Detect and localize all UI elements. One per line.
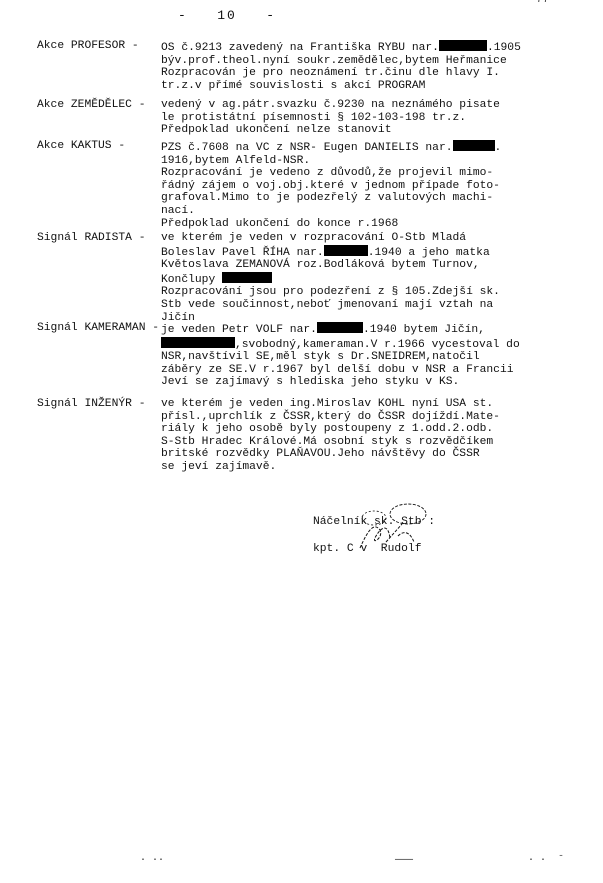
page-number: - 10 - (178, 8, 276, 23)
entry-line: záběry ze SE.V r.1967 byl delší dobu v N… (161, 364, 520, 377)
entry-line: OS č.9213 zavedený na Františka RYBU nar… (161, 40, 521, 55)
entry-label: Signál INŽENÝR - (37, 398, 145, 411)
entry-label: Akce PROFESOR - (37, 40, 139, 53)
entry-line: je veden Petr VOLF nar..1940 bytem Jičín… (161, 322, 520, 337)
redaction-block (161, 337, 235, 348)
entry-line: Jeví se zajímavý s hlediska jeho styku v… (161, 376, 520, 389)
entry-line: Rozpracování jsou pro podezření z § 105.… (161, 286, 500, 299)
entry-line: Rozpracování je vedeno z důvodů,že proje… (161, 167, 501, 180)
entry-line: S-Stb Hradec Králové.Má osobní styk s ro… (161, 436, 500, 449)
handwritten-signature-icon (330, 500, 450, 560)
entry-line: 1916,bytem Alfeld-NSR. (161, 155, 501, 168)
footer-mark: · · ˉ (528, 855, 564, 866)
entry-label: Akce ZEMĚDĚLEC - (37, 99, 145, 112)
entry-line: ,svobodný,kameraman.V r.1966 vycestoval … (161, 337, 520, 352)
entry-line: Předpoklad ukončení do konce r.1968 (161, 218, 501, 231)
entry-line: Předpoklad ukončení nelze stanovit (161, 124, 500, 137)
footer-mark: · ·· (140, 855, 164, 866)
entry-label: Signál RADISTA - (37, 232, 145, 245)
entry-line: Stb vede součinnost,neboť jmenovaní mají… (161, 299, 500, 312)
entry-body: PZS č.7608 na VC z NSR- Eugen DANIELIS n… (161, 140, 501, 230)
entry-line: britské rozvědky PLAŇAVOU.Jeho návštěvy … (161, 448, 500, 461)
redaction-block (222, 272, 272, 283)
entry-line: tr.z.v přímé souvislosti s akcí PROGRAM (161, 80, 521, 93)
entry-line: ve kterém je veden v rozpracování O-Stb … (161, 232, 500, 245)
entry-line: le protistátní písemnosti § 102-103-198 … (161, 112, 500, 125)
entry-body: vedený v ag.pátr.svazku č.9230 na neznám… (161, 99, 500, 137)
entry-line: riály k jeho osobě byly postoupeny z 1.o… (161, 423, 500, 436)
entry-body: OS č.9213 zavedený na Františka RYBU nar… (161, 40, 521, 92)
entry-line: grafoval.Mimo to je podezřelý z valutový… (161, 192, 501, 205)
redaction-block (324, 245, 368, 256)
redaction-block (439, 40, 487, 51)
entry-line: ve kterém je veden ing.Miroslav KOHL nyn… (161, 398, 500, 411)
corner-number: 77 (536, 0, 549, 6)
entry-line: nací. (161, 205, 501, 218)
entry-line: býv.prof.theol.nyní soukr.zemědělec,byte… (161, 55, 521, 68)
entry-body: je veden Petr VOLF nar..1940 bytem Jičín… (161, 322, 520, 389)
entry-line: vedený v ag.pátr.svazku č.9230 na neznám… (161, 99, 500, 112)
entry-line: se jeví zajímavě. (161, 461, 500, 474)
document-page: 77 - 10 - Akce PROFESOR -OS č.9213 zaved… (0, 0, 603, 883)
entry-line: přísl.,uprchlík z ČSSR,který do ČSSR doj… (161, 411, 500, 424)
entry-body: ve kterém je veden ing.Miroslav KOHL nyn… (161, 398, 500, 474)
entry-line: Končlupy (161, 272, 500, 287)
entry-line: PZS č.7608 na VC z NSR- Eugen DANIELIS n… (161, 140, 501, 155)
entry-label: Signál KAMERAMAN - (37, 322, 159, 335)
entry-line: řádný zájem o voj.obj.které v jednom pří… (161, 180, 501, 193)
entry-line: Květoslava ZEMANOVÁ roz.Bodláková bytem … (161, 259, 500, 272)
entry-body: ve kterém je veden v rozpracování O-Stb … (161, 232, 500, 324)
entry-line: Rozpracován je pro neoznámení tr.činu dl… (161, 67, 521, 80)
entry-line: Boleslav Pavel ŘÍHA nar..1940 a jeho mat… (161, 245, 500, 260)
redaction-block (317, 322, 363, 333)
entry-line: NSR,navštívil SE,měl styk s Dr.SNEIDREM,… (161, 351, 520, 364)
redaction-block (453, 140, 495, 151)
entry-label: Akce KAKTUS - (37, 140, 125, 153)
footer-mark: ——— (395, 855, 413, 866)
